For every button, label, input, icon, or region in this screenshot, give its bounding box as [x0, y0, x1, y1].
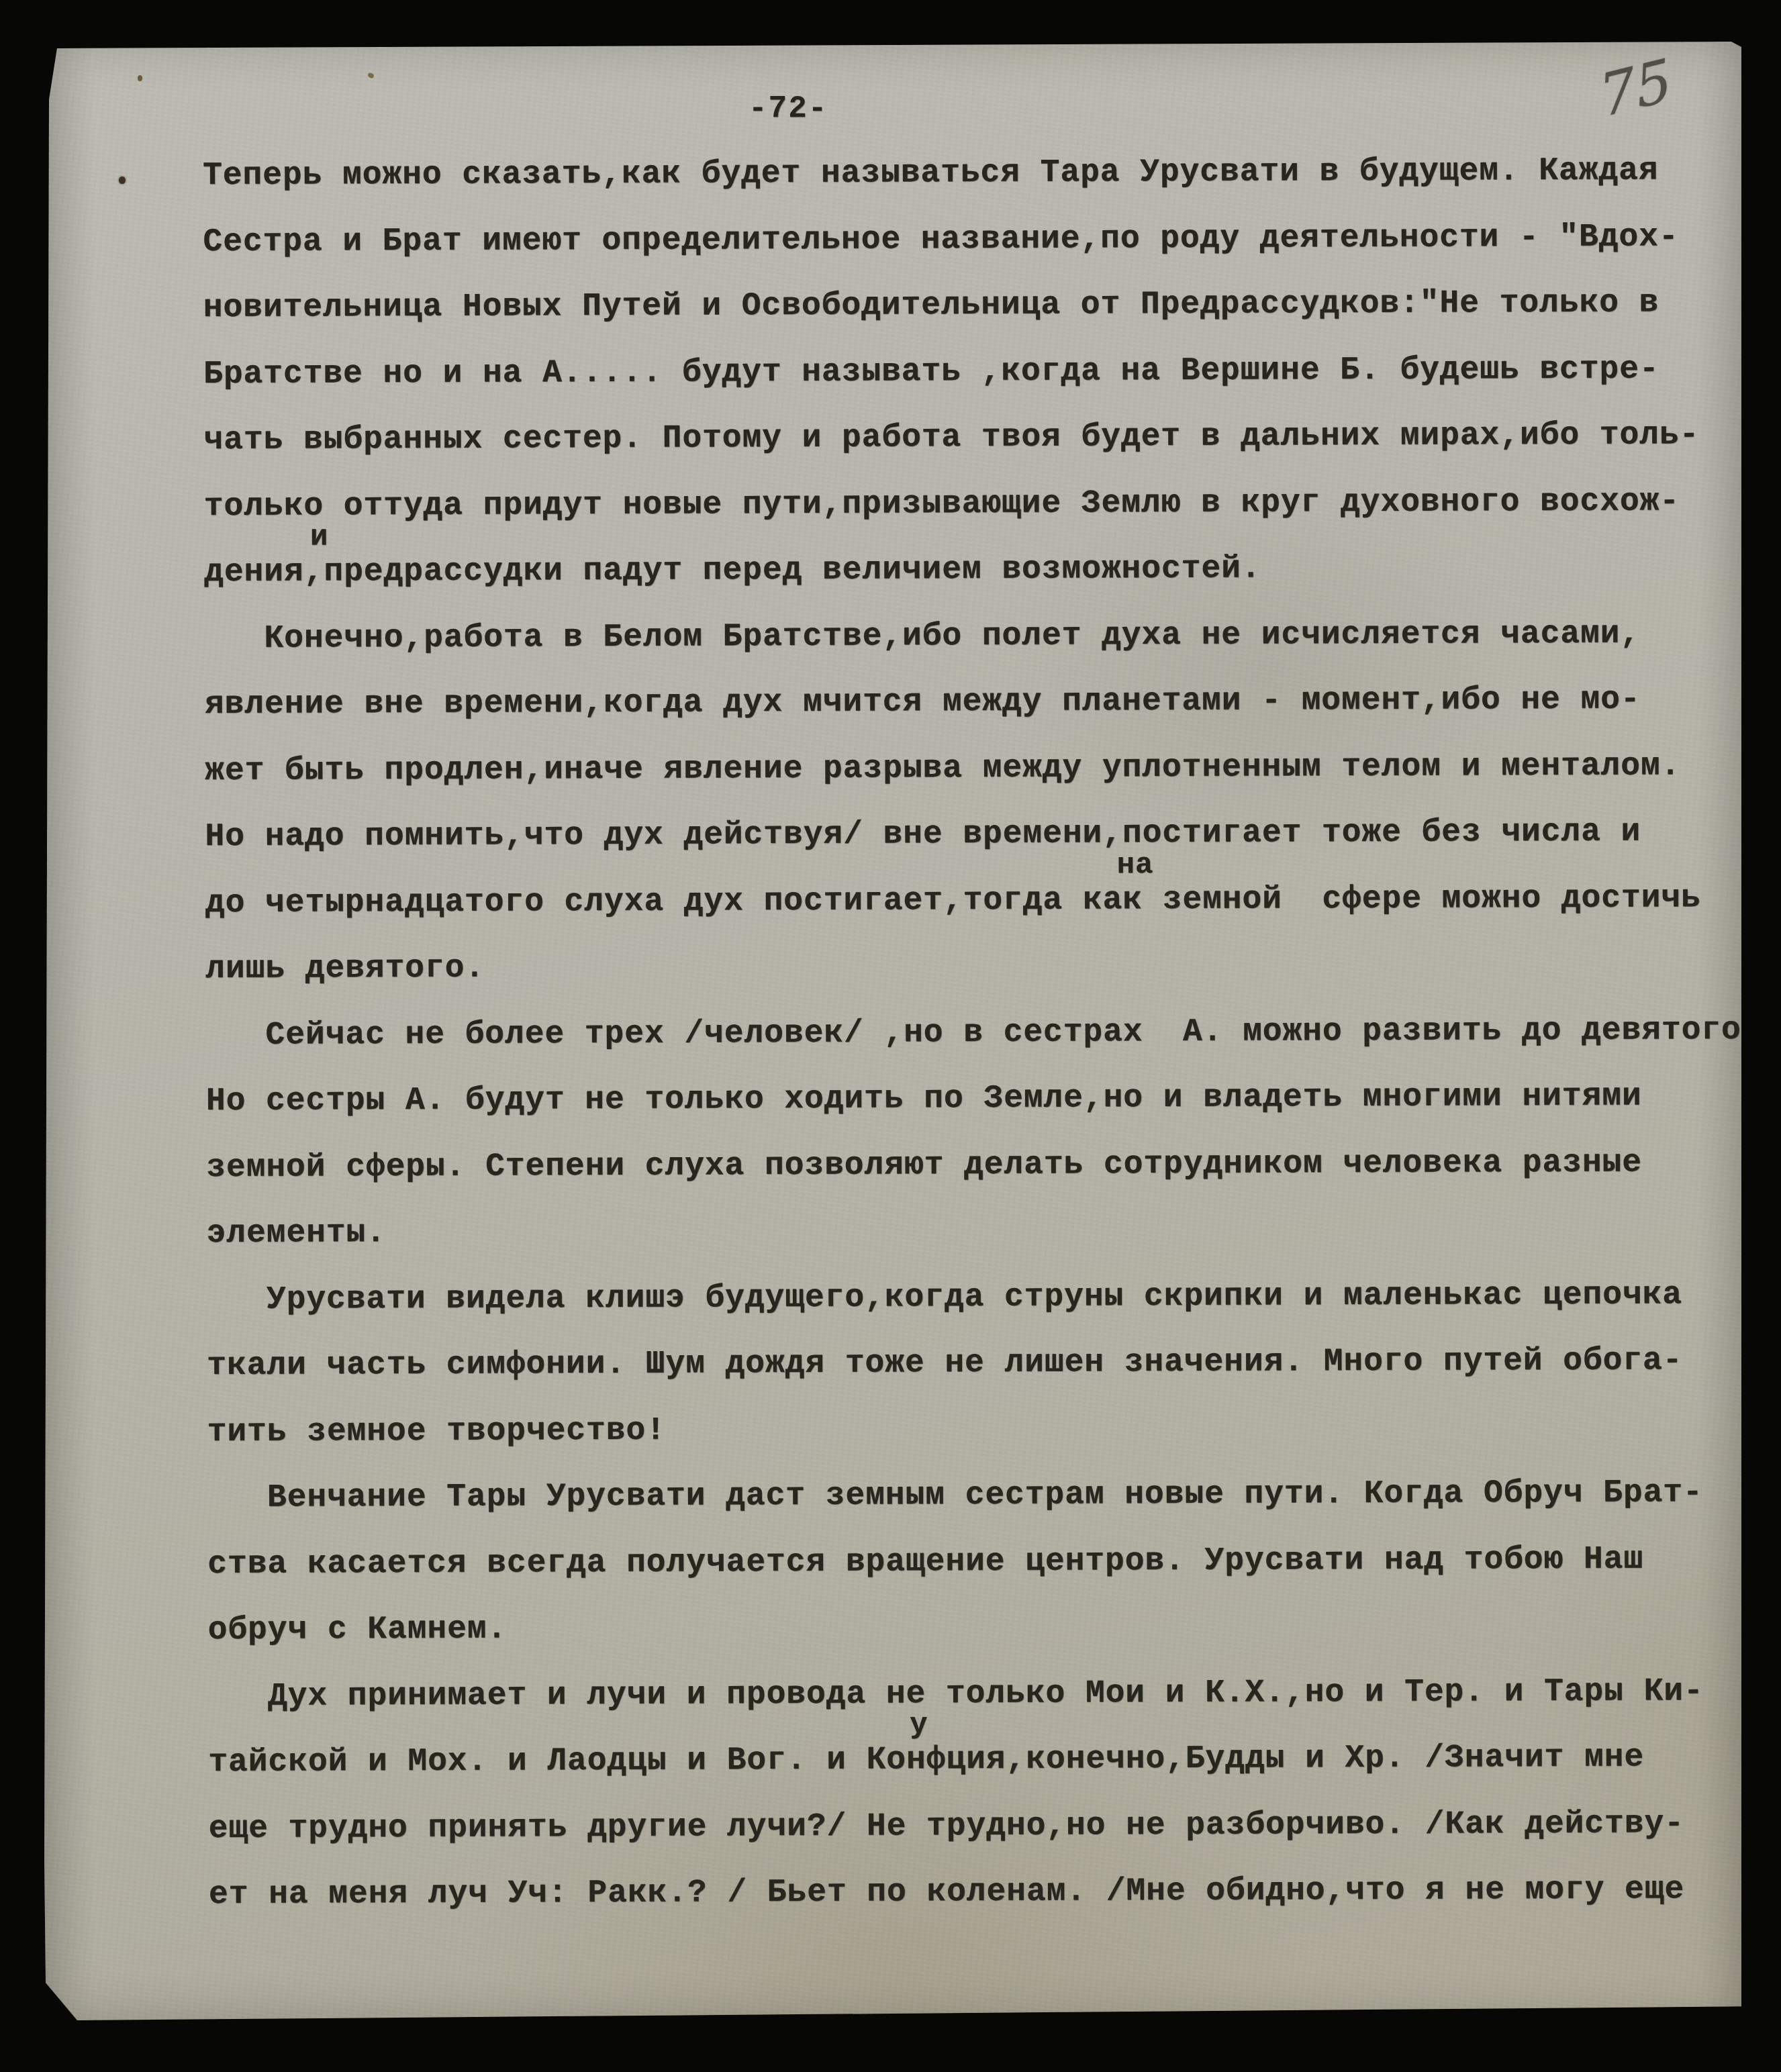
handwritten-folio-number: 75: [1596, 46, 1676, 131]
typescript-line: дения,предрассудки падут перед величием …: [204, 547, 1768, 619]
typescript-line: тайской и Мох. и Лаодцы и Вог. и Конфция…: [208, 1737, 1772, 1809]
typescript-line: Но надо помнить,что дух действуя/ вне вр…: [205, 811, 1769, 883]
typescript-line: Урусвати видела клишэ будущего,когда стр…: [207, 1274, 1771, 1346]
typescript-line: обруч с Камнем.: [208, 1605, 1772, 1677]
typescript-line: Венчание Тары Урусвати даст земным сестр…: [207, 1473, 1772, 1544]
typed-text: Теперь можно сказать,как будет называтьс…: [203, 150, 1773, 1941]
typescript-line: до четырнадцатого слуха дух постигает,то…: [205, 877, 1770, 949]
typescript-line: Теперь можно сказать,как будет называтьс…: [203, 150, 1767, 222]
typed-insertion-above-line: у: [910, 1710, 928, 1740]
typescript-line: Братстве но и на А..... будут называть ,…: [203, 348, 1768, 420]
typescript-line: новительница Новых Путей и Освободительн…: [203, 283, 1768, 354]
typescript-line: земной сферы. Степени слуха позволяют де…: [206, 1142, 1770, 1214]
typescript-line: чать выбранных сестер. Потому и работа т…: [203, 415, 1768, 487]
typescript-line: Сейчас не более трех /человек/ ,но в сес…: [205, 1009, 1770, 1081]
typescript-line: ет на меня луч Уч: Ракк.? / Бьет по коле…: [209, 1869, 1773, 1941]
typescript-line: только оттуда придут новые пути,призываю…: [204, 481, 1768, 552]
typescript-line: Дух принимает и лучи и провода не только…: [208, 1671, 1772, 1742]
typescript-line: еще трудно принять другие лучи?/ Не труд…: [209, 1803, 1773, 1875]
typescript-line: ткали часть симфонии. Шум дождя тоже не …: [207, 1340, 1771, 1412]
typescript-line: элементы.: [207, 1208, 1771, 1280]
typed-insertion-above-line: на: [1117, 850, 1154, 880]
typescript-line: Конечно,работа в Белом Братстве,ибо поле…: [204, 613, 1768, 685]
page-number: -72-: [749, 91, 828, 126]
document-page: -72- 75 Теперь можно сказать,как будет н…: [44, 42, 1741, 2020]
scanned-archive-page: { "page": { "page_number": "-72-", "foli…: [0, 0, 1781, 2072]
ink-speck: [119, 177, 126, 184]
paper-speck: [367, 72, 375, 79]
typescript-line: Но сестры А. будут не только ходить по З…: [206, 1076, 1770, 1148]
typescript-line: ства касается всегда получается вращение…: [207, 1538, 1772, 1610]
paper-speck: [138, 75, 142, 81]
typescript-line: тить земное творчество!: [207, 1406, 1772, 1478]
typescript-line: Сестра и Брат имеют определительное назв…: [203, 216, 1767, 288]
typed-insertion-above-line: и: [310, 522, 328, 552]
typescript-line: жет быть продлен,иначе явление разрыва м…: [205, 745, 1769, 817]
typescript-line: лишь девятого.: [205, 944, 1770, 1016]
typescript-line: явление вне времени,когда дух мчится меж…: [205, 679, 1769, 751]
